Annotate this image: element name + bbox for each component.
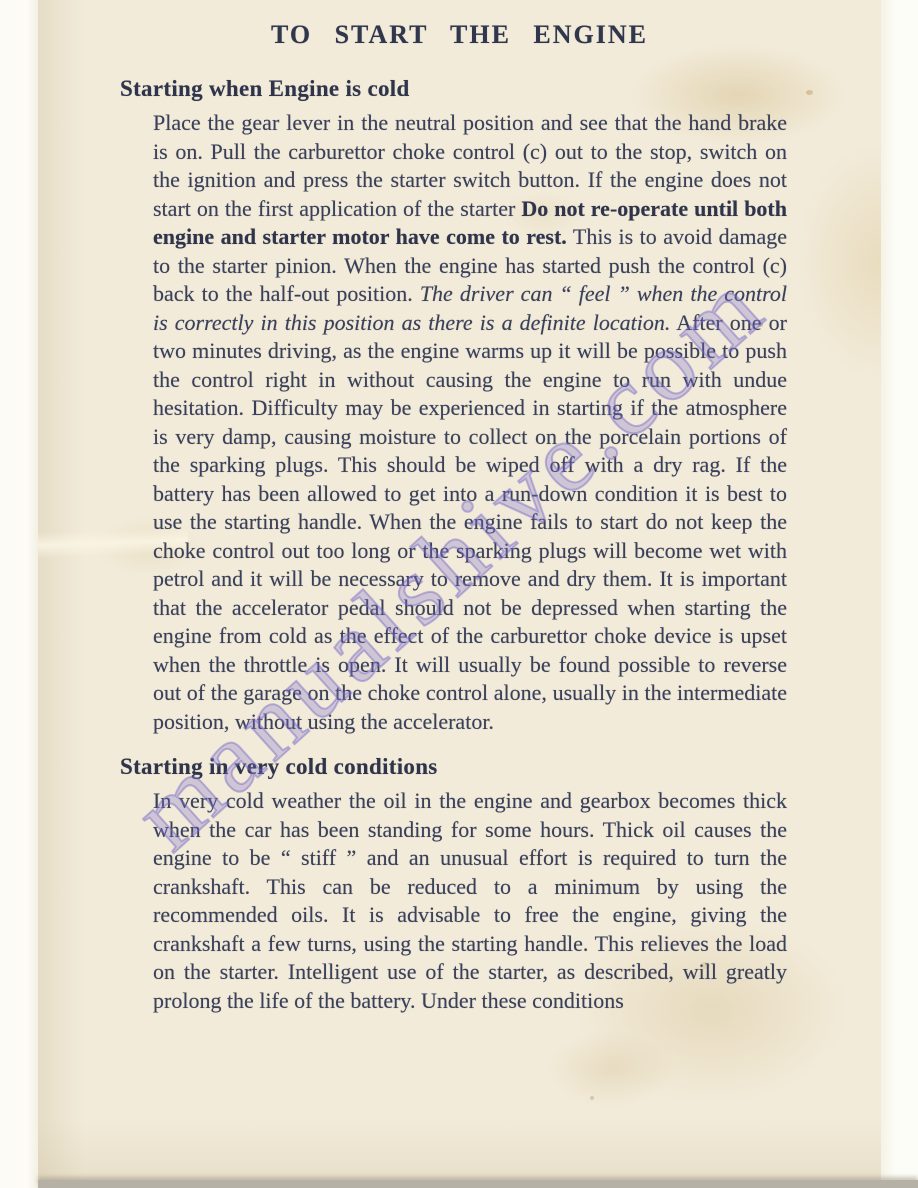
scan-edge-right — [881, 0, 918, 1188]
scanned-manual-page: TO START THE ENGINE Starting when Engine… — [0, 0, 918, 1188]
scan-edge-bottom — [38, 1180, 918, 1188]
section-heading: Starting when Engine is cold — [120, 76, 820, 102]
page-content: TO START THE ENGINE Starting when Engine… — [38, 0, 881, 1180]
text-segment-normal: After one or two minutes driving, as the… — [153, 310, 787, 734]
scan-edge-left — [0, 0, 38, 1188]
section-paragraph: Place the gear lever in the neutral posi… — [153, 109, 787, 736]
section-paragraph: In very cold weather the oil in the engi… — [153, 787, 787, 1015]
text-segment-normal: In very cold weather the oil in the engi… — [153, 788, 787, 1013]
sections: Starting when Engine is coldPlace the ge… — [120, 76, 820, 1015]
section-heading: Starting in very cold conditions — [120, 754, 820, 780]
page-title: TO START THE ENGINE — [38, 20, 881, 50]
